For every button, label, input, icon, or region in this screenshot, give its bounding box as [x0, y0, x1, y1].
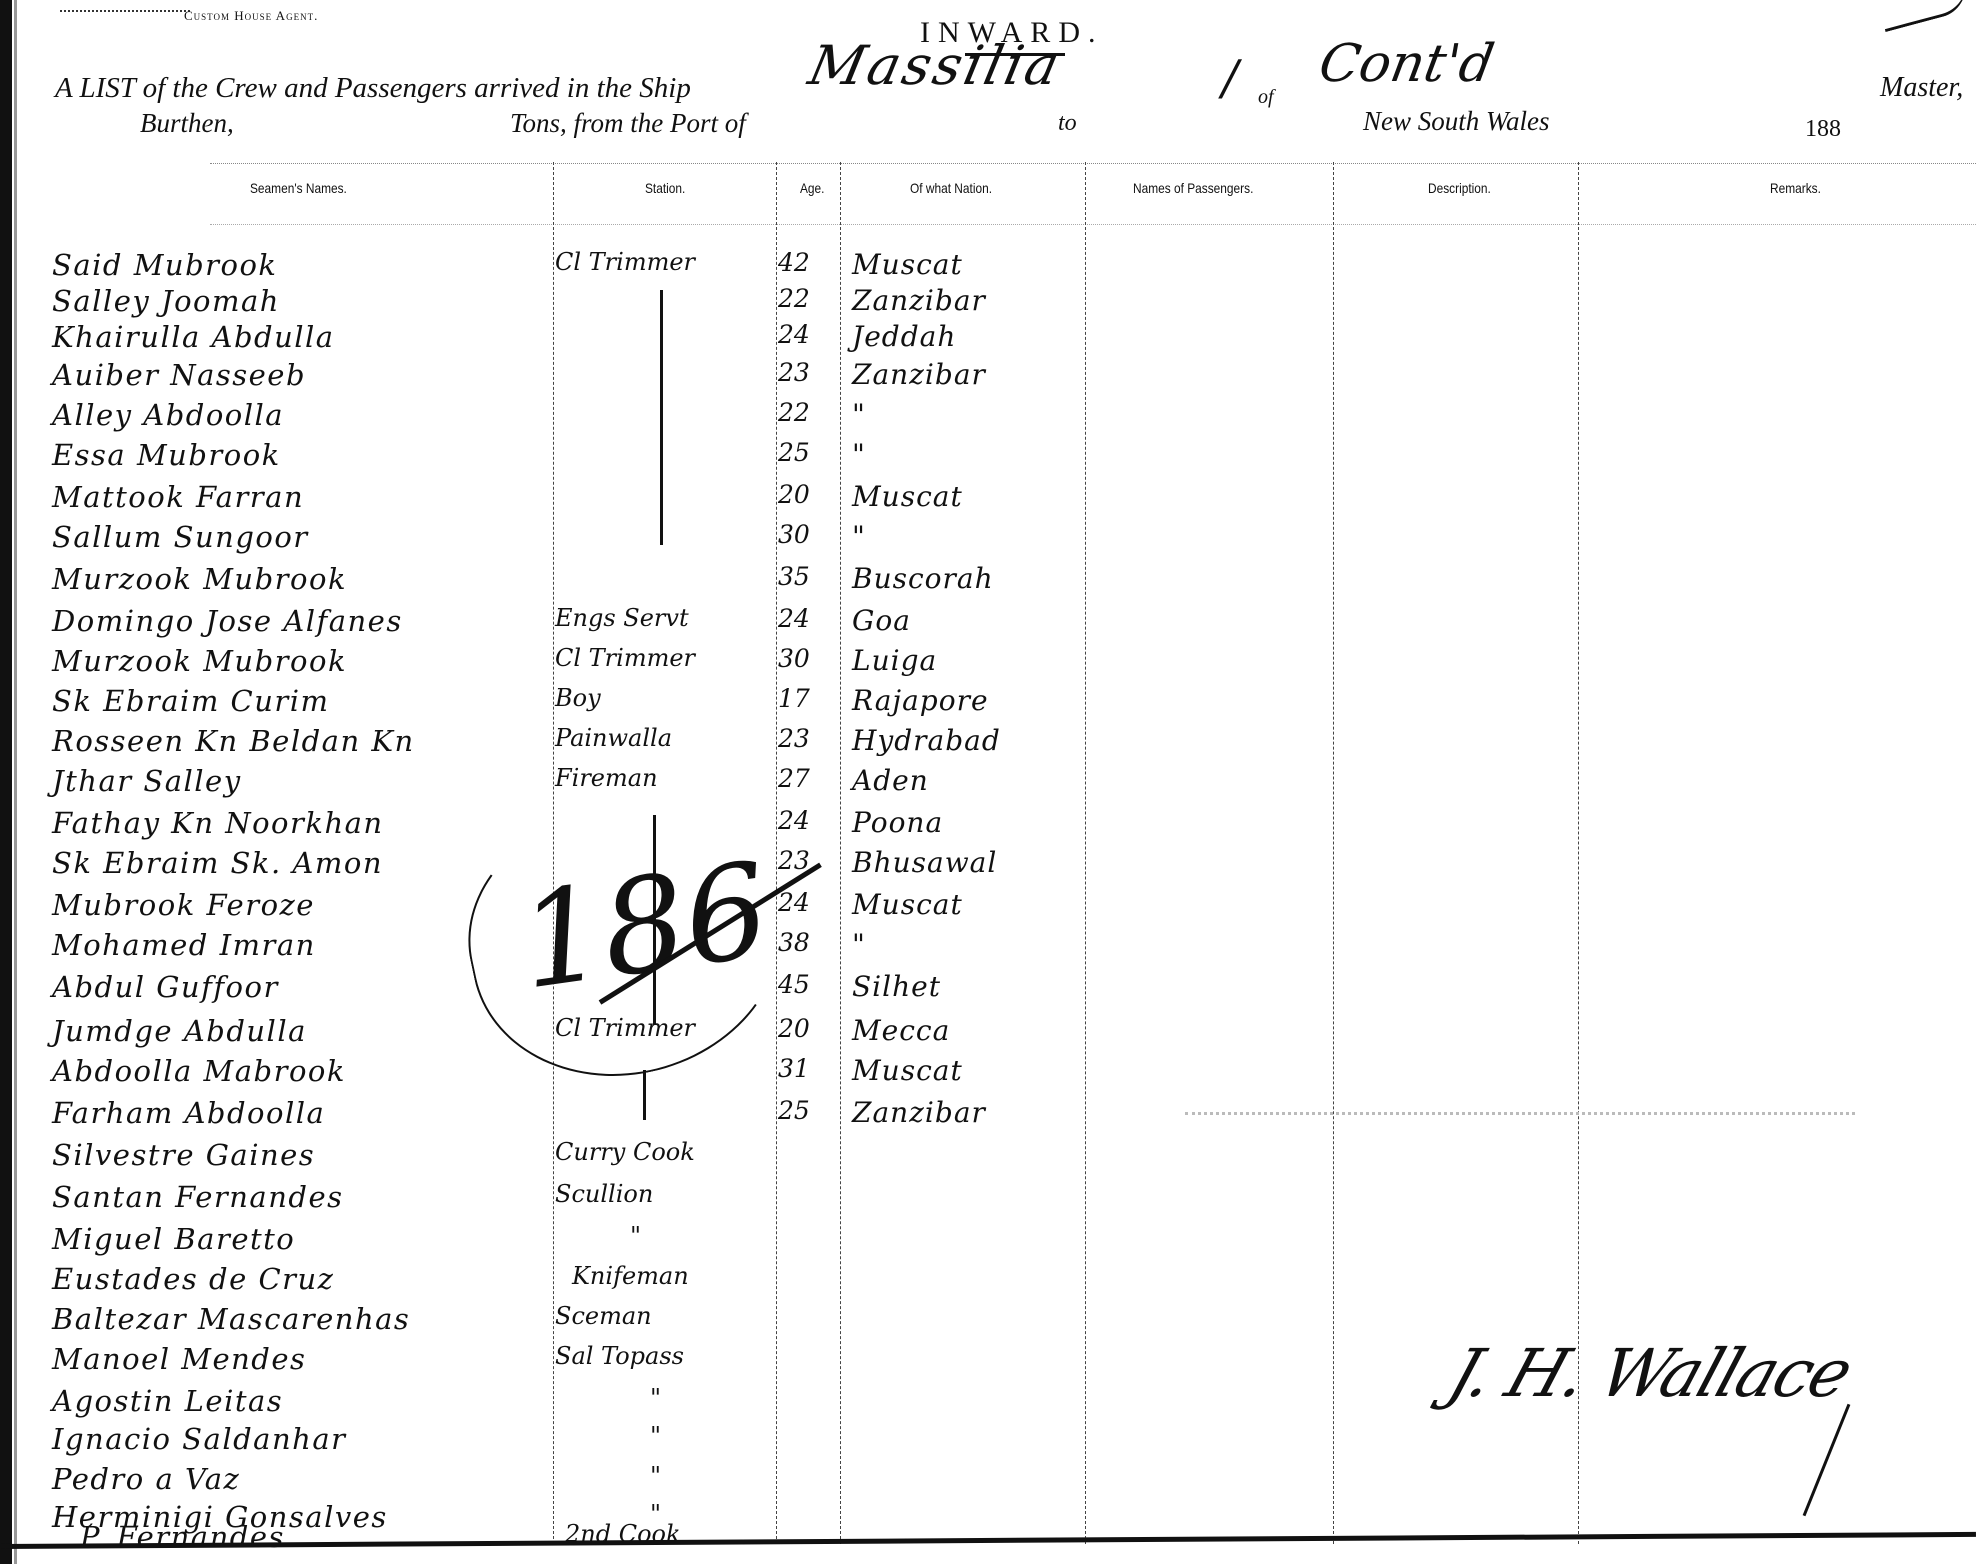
nation: Bhusawal	[852, 846, 997, 879]
age: 17	[778, 684, 810, 713]
table-row: Mubrook Feroze24Muscat	[0, 888, 1976, 926]
header-rule-bottom	[210, 224, 1976, 225]
station: Scullion	[555, 1180, 653, 1208]
column-header-description: Description.	[1428, 180, 1491, 196]
seaman-name: Salley Joomah	[52, 284, 280, 318]
seaman-name: Pedro a Vaz	[52, 1462, 240, 1496]
station: Curry Cook	[555, 1138, 695, 1166]
nation: Muscat	[852, 1054, 963, 1087]
seaman-name: Manoel Mendes	[52, 1342, 306, 1376]
seaman-name: Essa Mubrook	[52, 438, 281, 472]
nation: Rajapore	[852, 684, 989, 717]
list-title: A LIST of the Crew and Passengers arrive…	[55, 72, 691, 105]
station: Sceman	[555, 1302, 652, 1330]
age: 42	[778, 248, 810, 277]
ditto-stroke	[660, 290, 663, 545]
nation: "	[852, 398, 866, 431]
seaman-name: Murzook Mubrook	[52, 562, 347, 596]
station: "	[650, 1462, 661, 1490]
nation: Aden	[852, 764, 929, 797]
station: "	[650, 1422, 661, 1450]
age: 27	[778, 764, 810, 793]
tons-port-label: Tons, from the Port of	[510, 108, 746, 139]
table-row: Sk Ebraim CurimBoy17Rajapore	[0, 684, 1976, 722]
nation: Luiga	[852, 644, 937, 677]
year-label: 188	[1805, 116, 1841, 143]
seaman-name: Said Mubrook	[52, 248, 278, 282]
table-row: Eustades de CruzKnifeman	[0, 1262, 1976, 1300]
to-label: to	[1058, 110, 1077, 137]
nation: Zanzibar	[852, 1096, 986, 1129]
age: 30	[778, 520, 810, 549]
age: 24	[778, 320, 810, 349]
table-row: Abdul Guffoor45Silhet	[0, 970, 1976, 1008]
table-row: Auiber Nasseeb23Zanzibar	[0, 358, 1976, 396]
age: 30	[778, 644, 810, 673]
seaman-name: Santan Fernandes	[52, 1180, 344, 1214]
seaman-name: Abdoolla Mabrook	[52, 1054, 346, 1088]
age: 31	[778, 1054, 810, 1083]
table-row: Jumdge AbdullaCl Trimmer20Mecca	[0, 1014, 1976, 1052]
table-row: Fathay Kn Noorkhan24Poona	[0, 806, 1976, 844]
seaman-name: Fathay Kn Noorkhan	[52, 806, 384, 840]
station: Engs Servt	[555, 604, 689, 632]
station: Cl Trimmer	[555, 248, 695, 276]
ship-of-handwritten-stroke: /	[1222, 50, 1238, 106]
nation: Buscorah	[852, 562, 994, 595]
table-row: Alley Abdoolla22"	[0, 398, 1976, 436]
nation: Muscat	[852, 248, 963, 281]
agent-dotted-line	[60, 10, 190, 12]
seaman-name: Sk Ebraim Sk. Amon	[52, 846, 383, 880]
seaman-name: Sallum Sungoor	[52, 520, 309, 554]
continued-note: Cont'd	[1315, 34, 1499, 94]
seaman-name: Domingo Jose Alfanes	[52, 604, 403, 638]
age: 23	[778, 724, 810, 753]
seaman-name: Eustades de Cruz	[52, 1262, 334, 1296]
seaman-name: Ignacio Saldanhar	[52, 1422, 346, 1456]
nation: Jeddah	[852, 320, 956, 353]
table-row: Ignacio Saldanhar"	[0, 1422, 1976, 1460]
corner-pen-mark	[1878, 0, 1973, 32]
nation: Mecca	[852, 1014, 950, 1047]
table-row: Rosseen Kn Beldan KnPainwalla23Hydrabad	[0, 724, 1976, 762]
age: 25	[778, 438, 810, 467]
seaman-name: Auiber Nasseeb	[52, 358, 306, 392]
seaman-name: Rosseen Kn Beldan Kn	[52, 724, 415, 758]
table-row: Silvestre GainesCurry Cook	[0, 1138, 1976, 1176]
seaman-name: Khairulla Abdulla	[52, 320, 335, 354]
table-row: Salley Joomah22Zanzibar	[0, 284, 1976, 322]
signature: J. H. Wallace	[1439, 1335, 1860, 1412]
nation: Goa	[852, 604, 911, 637]
table-row: Pedro a Vaz"	[0, 1462, 1976, 1500]
seaman-name: Sk Ebraim Curim	[52, 684, 330, 718]
age: 45	[778, 970, 810, 999]
seaman-name: Jumdge Abdulla	[52, 1014, 307, 1048]
seaman-name: Baltezar Mascarenhas	[52, 1302, 410, 1336]
manifest-page: Custom House Agent. INWARD. Massilia / o…	[0, 0, 1976, 1564]
station: Fireman	[555, 764, 658, 792]
age: 24	[778, 604, 810, 633]
column-header-seamens-names: Seamen's Names.	[250, 180, 347, 196]
seaman-name: Abdul Guffoor	[52, 970, 279, 1004]
table-row: Mattook Farran20Muscat	[0, 480, 1976, 518]
table-row: Sk Ebraim Sk. Amon23Bhusawal	[0, 846, 1976, 884]
nation: Poona	[852, 806, 943, 839]
table-row: Essa Mubrook25"	[0, 438, 1976, 476]
age: 24	[778, 806, 810, 835]
table-row: Murzook Mubrook35Buscorah	[0, 562, 1976, 600]
table-row: Sallum Sungoor30"	[0, 520, 1976, 558]
table-row: Murzook MubrookCl Trimmer30Luiga	[0, 644, 1976, 682]
seaman-name: P. Fernandes	[80, 1520, 285, 1554]
seaman-name: Silvestre Gaines	[52, 1138, 315, 1172]
nation: "	[852, 928, 866, 961]
seaman-name: Mohamed Imran	[52, 928, 316, 962]
seaman-name: Miguel Baretto	[52, 1222, 295, 1256]
seaman-name: Murzook Mubrook	[52, 644, 347, 678]
station: "	[650, 1384, 661, 1412]
table-row: Domingo Jose AlfanesEngs Servt24Goa	[0, 604, 1976, 642]
station: Boy	[555, 684, 601, 712]
age: 20	[778, 480, 810, 509]
seaman-name: Jthar Salley	[52, 764, 242, 798]
age: 22	[778, 398, 810, 427]
column-header-nation: Of what Nation.	[910, 180, 992, 196]
table-row: Santan FernandesScullion	[0, 1180, 1976, 1218]
table-row: Farham Abdoolla25Zanzibar	[0, 1096, 1976, 1134]
station: "	[630, 1222, 641, 1250]
ditto-stroke	[643, 1070, 646, 1120]
station: Sal Topass	[555, 1342, 684, 1370]
custom-house-agent-label: Custom House Agent.	[184, 8, 318, 24]
age: 22	[778, 284, 810, 313]
age: 24	[778, 888, 810, 917]
station: Knifeman	[572, 1262, 689, 1290]
age: 23	[778, 358, 810, 387]
station: Painwalla	[555, 724, 672, 752]
header-rule-top	[210, 163, 1976, 164]
age: 20	[778, 1014, 810, 1043]
nation: Muscat	[852, 480, 963, 513]
column-header-station: Station.	[645, 180, 685, 196]
of-label: of	[1258, 86, 1274, 109]
nation: Zanzibar	[852, 358, 986, 391]
age: 25	[778, 1096, 810, 1125]
faint-dotted-row	[1185, 1112, 1855, 1115]
table-row: Mohamed Imran38"	[0, 928, 1976, 966]
nation: Silhet	[852, 970, 941, 1003]
station: Cl Trimmer	[555, 644, 695, 672]
nation: Hydrabad	[852, 724, 1001, 757]
ship-name-handwritten: Massilia	[803, 34, 1067, 97]
column-header-remarks: Remarks.	[1770, 180, 1821, 196]
column-header-age: Age.	[800, 180, 824, 196]
seaman-name: Mubrook Feroze	[52, 888, 315, 922]
table-row: Said MubrookCl Trimmer42Muscat	[0, 248, 1976, 286]
seaman-name: Mattook Farran	[52, 480, 304, 514]
nation: "	[852, 520, 866, 553]
table-row: Miguel Baretto"	[0, 1222, 1976, 1260]
nation: "	[852, 438, 866, 471]
master-label: Master,	[1880, 72, 1963, 104]
table-row: Abdoolla Mabrook31Muscat	[0, 1054, 1976, 1092]
burthen-label: Burthen,	[140, 108, 234, 139]
table-row: Jthar SalleyFireman27Aden	[0, 764, 1976, 802]
age: 35	[778, 562, 810, 591]
column-header-passengers: Names of Passengers.	[1133, 180, 1253, 196]
table-row: Khairulla Abdulla24Jeddah	[0, 320, 1976, 358]
seaman-name: Agostin Leitas	[52, 1384, 283, 1418]
seaman-name: Farham Abdoolla	[52, 1096, 325, 1130]
destination-label: New South Wales	[1363, 106, 1550, 137]
nation: Muscat	[852, 888, 963, 921]
nation: Zanzibar	[852, 284, 986, 317]
seaman-name: Alley Abdoolla	[52, 398, 284, 432]
age: 38	[778, 928, 810, 957]
